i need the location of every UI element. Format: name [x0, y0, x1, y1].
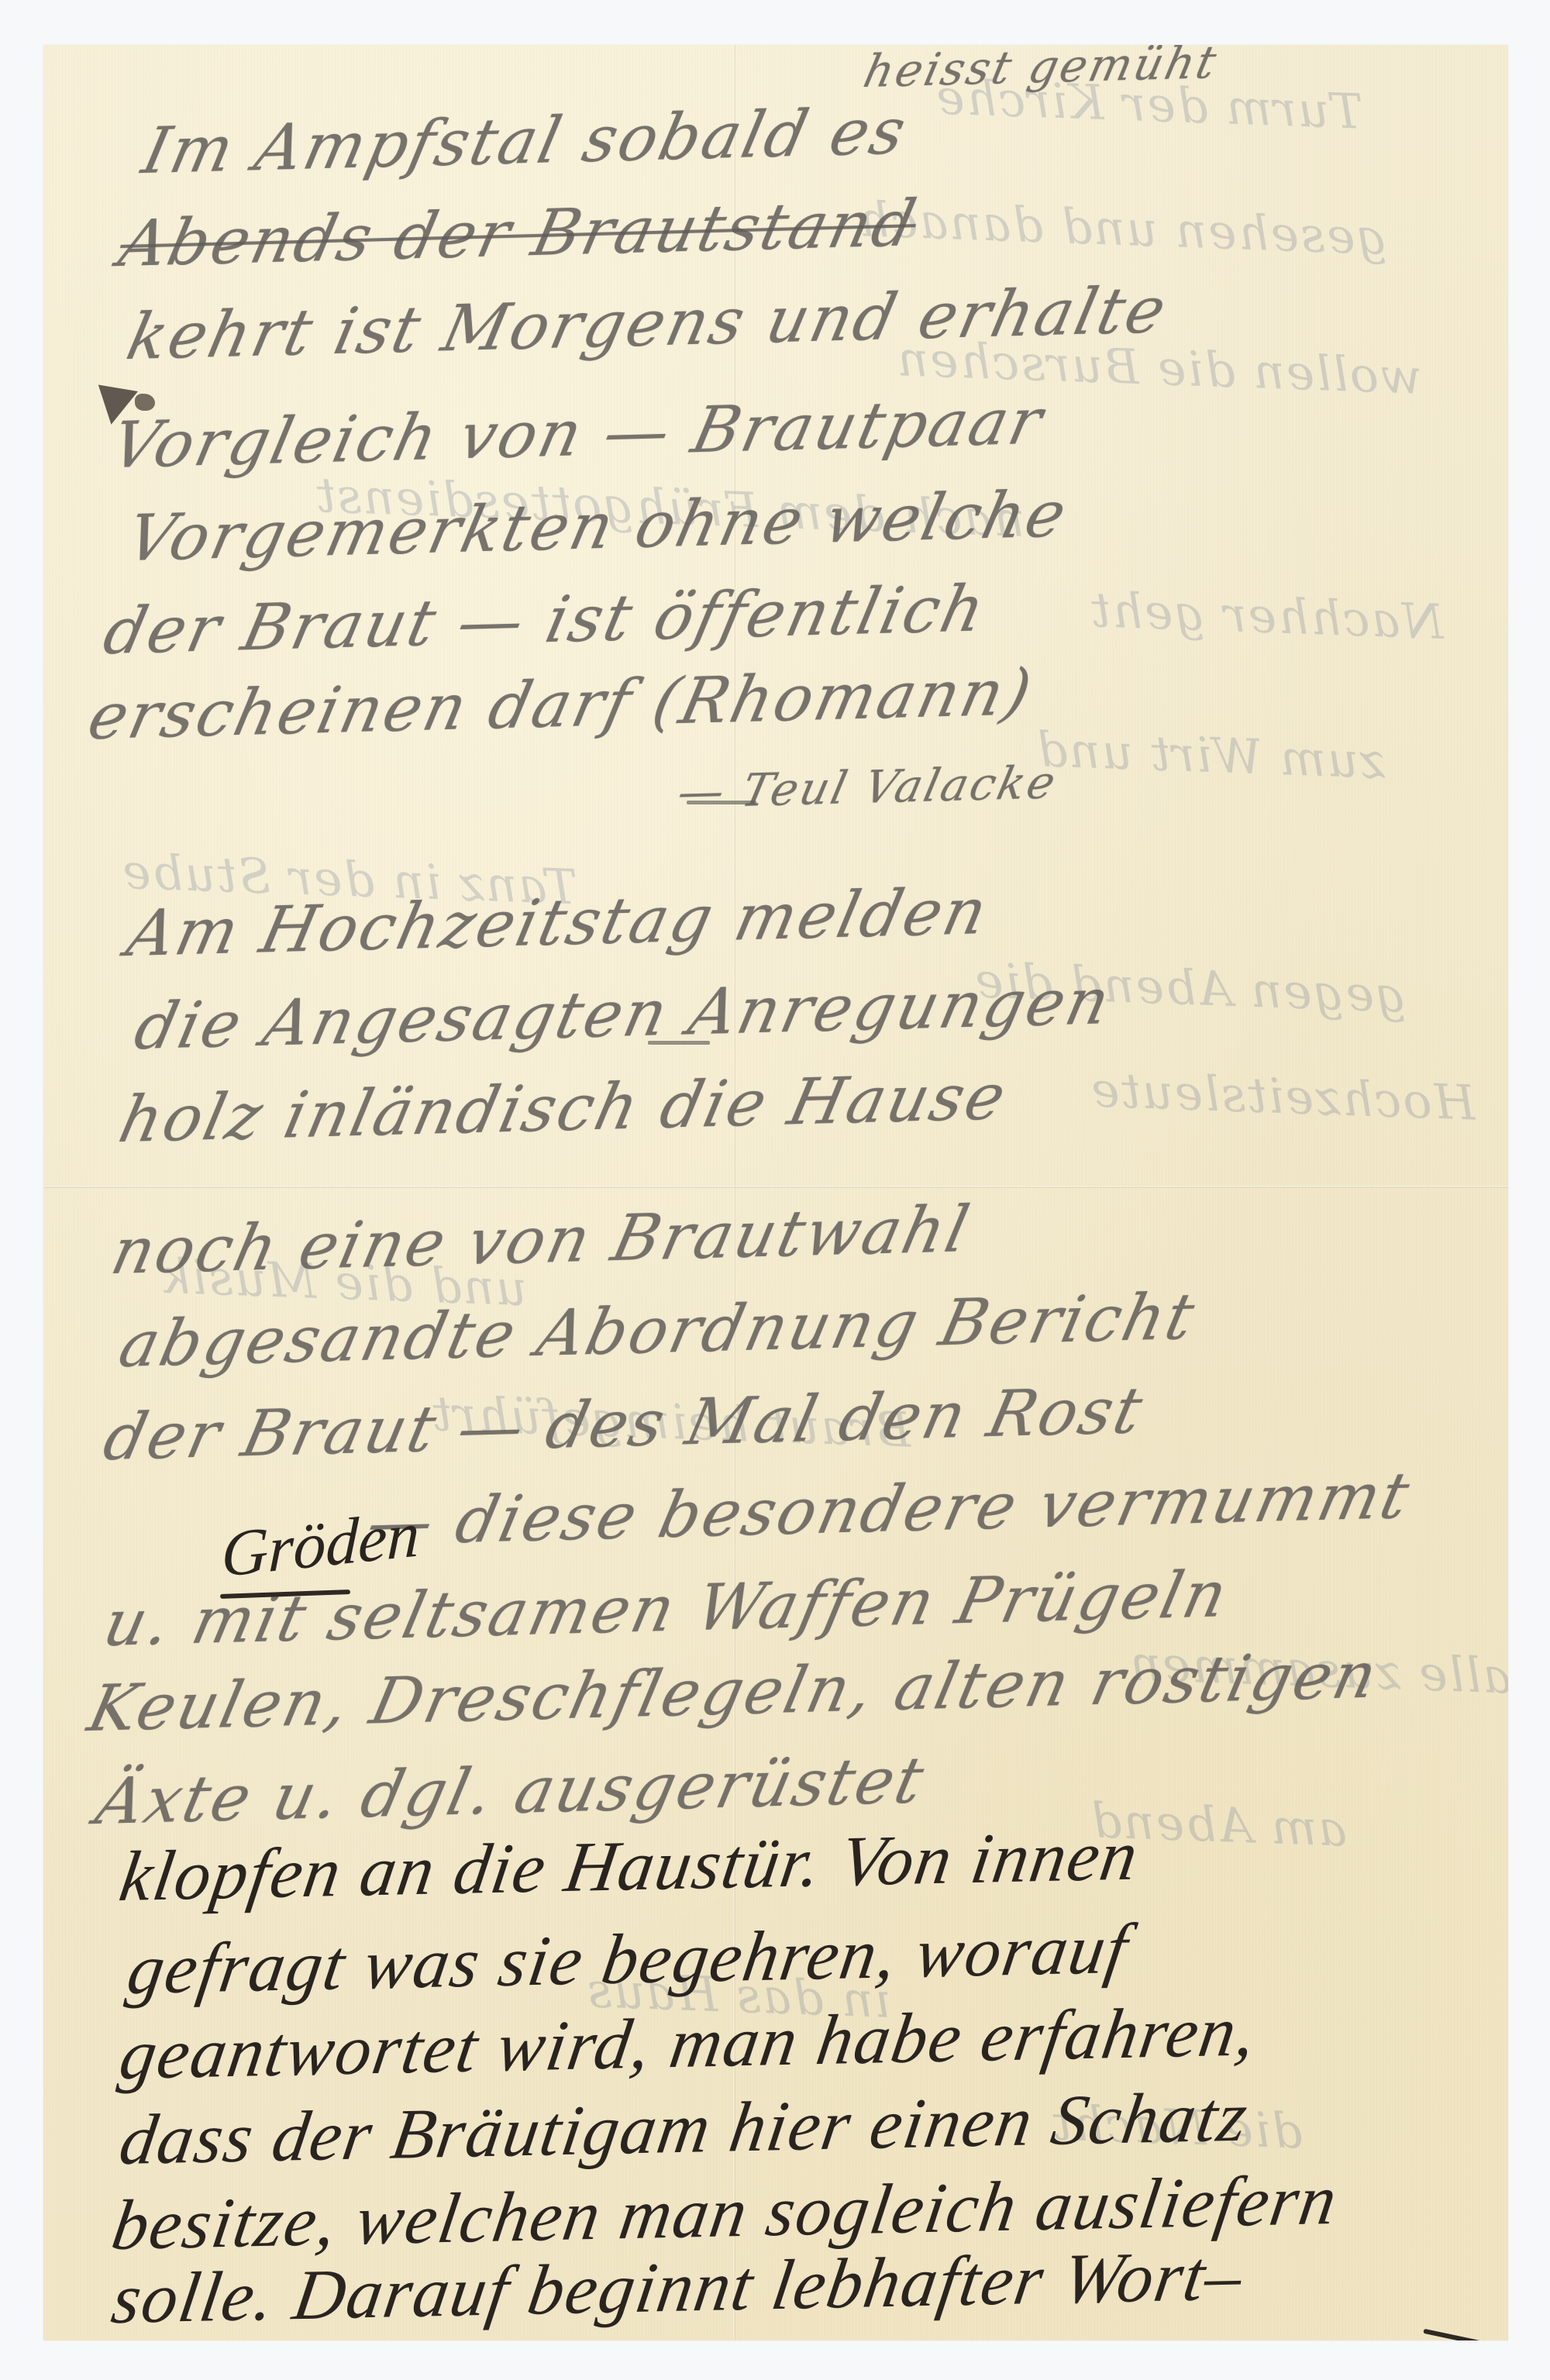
pencil-line: noch eine von Brautwahl [105, 1193, 977, 1290]
pencil-dash [687, 801, 756, 804]
bleed-line: Nachher geht [1089, 581, 1445, 650]
pencil-line: die Angesagten Anregungen [128, 965, 1118, 1064]
bleed-line: zum Wirt und [1035, 721, 1386, 790]
pencil-line: — diese besondere vermummt [360, 1459, 1417, 1561]
line-end-dash [1423, 2329, 1484, 2340]
pencil-line: der Braut — des Mal den Rost [97, 1374, 1151, 1476]
manuscript-page: Turm der Kirche gesehen und danach wolle… [43, 45, 1508, 2340]
pencil-line: holz inländisch die Hause [112, 1060, 1014, 1157]
pencil-line: Abends der Brautstand [112, 187, 924, 281]
pencil-line: der Braut — ist öffentlich [97, 572, 993, 669]
bleed-line: gesehen und danach [856, 191, 1389, 266]
pencil-line: Vorgemerkten ohne welche [120, 477, 1074, 576]
pencil-line: — Teul Valacke [673, 756, 1063, 818]
pencil-dash [648, 1041, 710, 1045]
pencil-line: erscheinen darf (Rhomann) [81, 656, 1039, 754]
pencil-line: Vorgleich von — Brautpaar [105, 384, 1051, 483]
horizontal-fold-line [43, 1186, 1508, 1188]
pencil-line: Im Ampfstal sobald es [136, 95, 914, 188]
section-heading: Gröden [220, 1497, 421, 1593]
bleed-line: Hochzeitsleute [1089, 1061, 1476, 1131]
